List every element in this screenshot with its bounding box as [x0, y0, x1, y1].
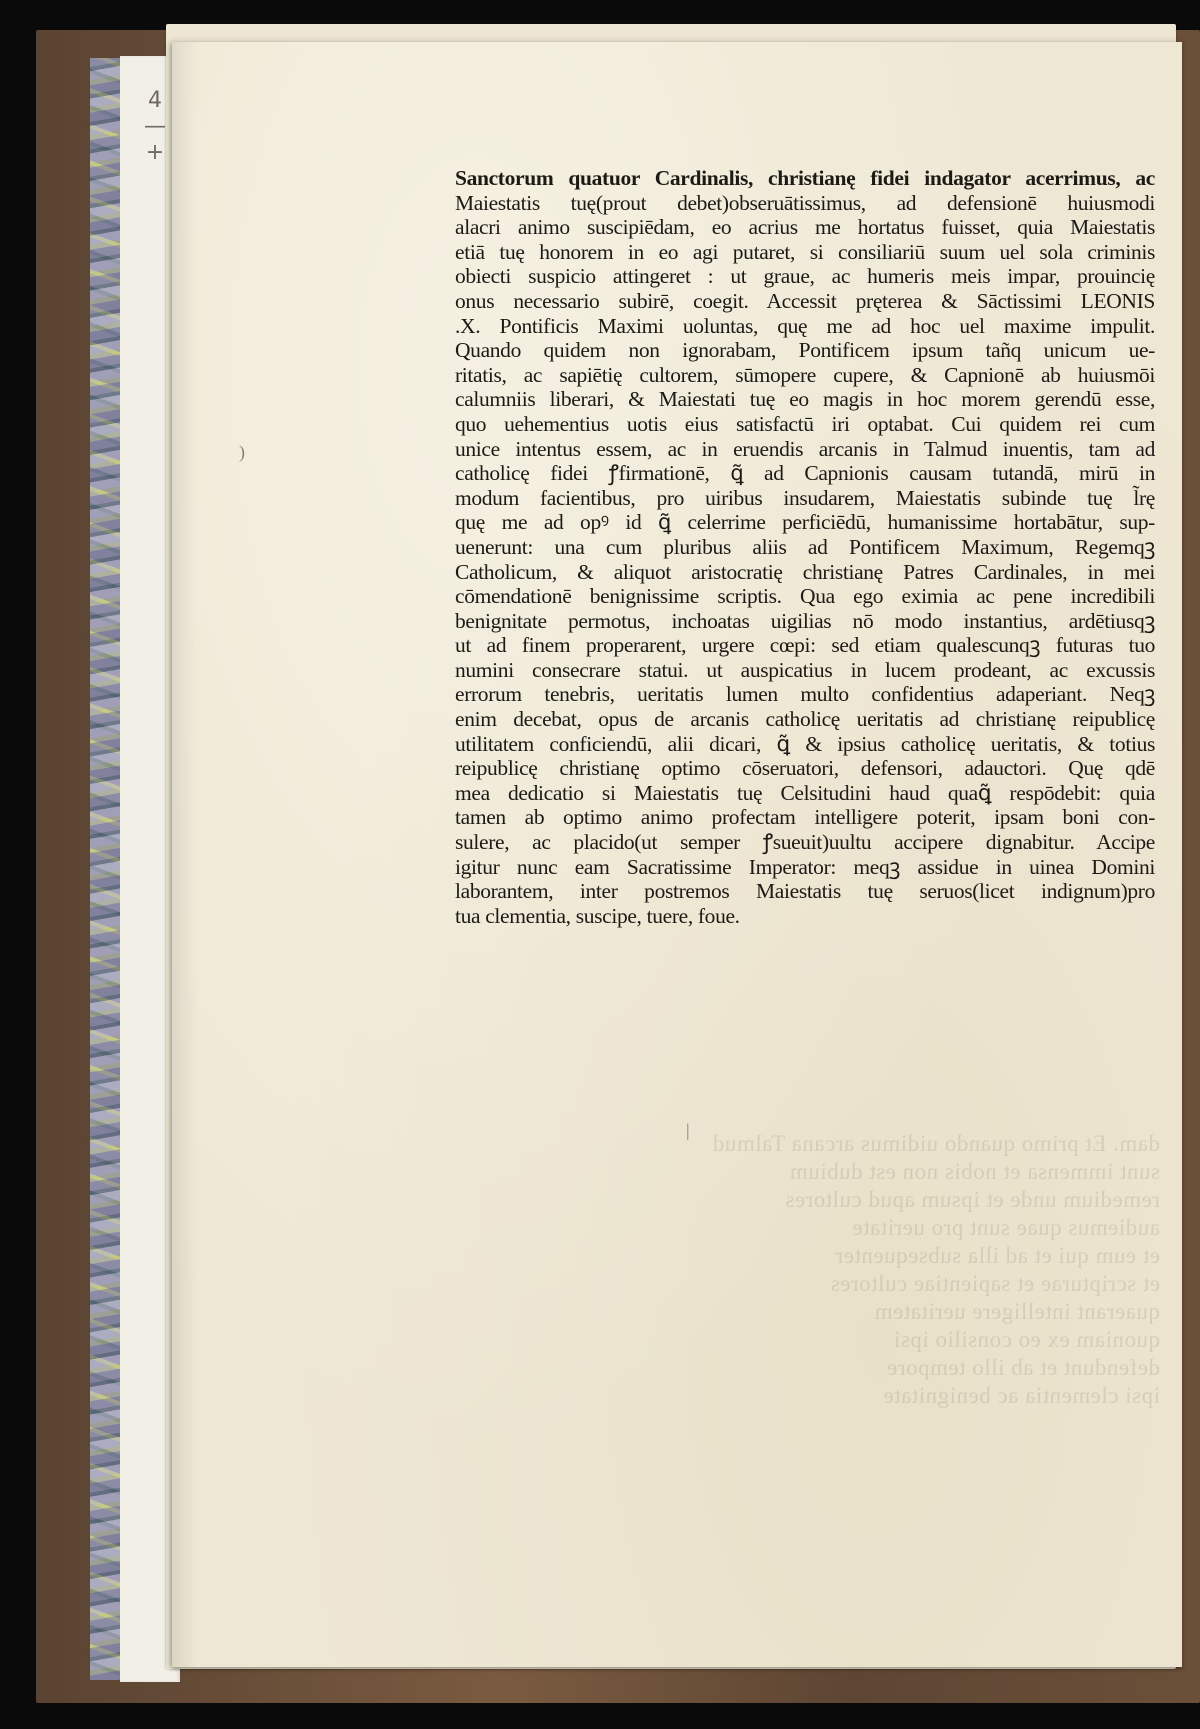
text-line: tamen ab optimo animo profectam intellig… [455, 805, 1155, 830]
showthrough-line: et scripturae et sapientiae cultores [440, 1270, 1160, 1298]
showthrough-line: ipsi clementia ac benignitate [440, 1382, 1160, 1410]
text-line: reipublicę christianę optimo cōseruatori… [455, 756, 1155, 781]
paper-mark: | [686, 1120, 690, 1141]
text-line: obiecti suspicio attingeret : ut graue, … [455, 264, 1155, 289]
text-line: modum facientibus, pro uiribus insudarem… [455, 486, 1155, 511]
text-line: Quando quidem non ignorabam, Pontificem … [455, 338, 1155, 363]
text-line: mea dedicatio si Maiestatis tuę Celsitud… [455, 781, 1155, 806]
text-line: benignitate permotus, inchoatas uigilias… [455, 609, 1155, 634]
showthrough-line: quoniam ex eo consilio ipsi [440, 1326, 1160, 1354]
text-line: alacri animo suscipiēdam, eo acrius me h… [455, 215, 1155, 240]
text-line: ut ad finem properarent, urgere cœpi: se… [455, 633, 1155, 658]
text-line: quę me ad opꝰ id ꝗ̃ celerrime perficiēdū… [455, 510, 1155, 535]
text-line: .X. Pontificis Maximi uoluntas, quę me a… [455, 314, 1155, 339]
text-line: errorum tenebris, ueritatis lumen multo … [455, 682, 1155, 707]
text-line: unice intentus essem, ac in eruendis arc… [455, 437, 1155, 462]
text-line: enim decebat, opus de arcanis catholicę … [455, 707, 1155, 732]
text-line: numini consecrare statui. ut auspicatius… [455, 658, 1155, 683]
text-line: Maiestatis tuę(prout debet)obseruātissim… [455, 191, 1155, 216]
showthrough-line: audiemus quae sunt pro ueritate [440, 1214, 1160, 1242]
showthrough-line: sunt immensa et nobis non est dubium [440, 1158, 1160, 1186]
showthrough-line: quaerant intelligere ueritatem [440, 1298, 1160, 1326]
text-line: igitur nunc eam Sacratissime Imperator: … [455, 855, 1155, 880]
text-line: Catholicum, & aliquot aristocratię chris… [455, 560, 1155, 585]
text-line: calumniis liberari, & Maiestati tuę eo m… [455, 387, 1155, 412]
text-line: catholicę fidei ꝭfirmationē, ꝗ̃ ad Capni… [455, 461, 1155, 486]
text-line: cōmendationē benignissime scriptis. Qua … [455, 584, 1155, 609]
text-line: etiā tuę honorem in eo agi putaret, si c… [455, 240, 1155, 265]
verso-show-through: dam. Et primo quando uidimus arcana Talm… [440, 1130, 1160, 1410]
text-line: utilitatem conficiendū, alii dicari, ꝗ̃ … [455, 732, 1155, 757]
text-line: tua clementia, suscipe, tuere, foue. [455, 904, 1155, 929]
text-line: ritatis, ac sapiētię cultorem, sūmopere … [455, 363, 1155, 388]
showthrough-line: remedium unde et ipsum apud cultores [440, 1186, 1160, 1214]
text-line: onus necessario subirē, coegit. Accessit… [455, 289, 1155, 314]
text-line: sulere, ac placido(ut semper ꝭsueuit)uul… [455, 830, 1155, 855]
paper-mark: ) [239, 442, 245, 463]
text-line: laborantem, inter postremos Maiestatis t… [455, 879, 1155, 904]
text-line: Sanctorum quatuor Cardinalis, christianę… [455, 166, 1155, 191]
showthrough-line: et eum qui et ad illa subsequenter [440, 1242, 1160, 1270]
showthrough-line: defendunt et ab illo tempore [440, 1354, 1160, 1382]
text-line: uenerunt: una cum pluribus aliis ad Pont… [455, 535, 1155, 560]
text-line: quo uehementius uotis eius satisfactū ir… [455, 412, 1155, 437]
page-text-block: Sanctorum quatuor Cardinalis, christianę… [455, 166, 1155, 928]
showthrough-line: dam. Et primo quando uidimus arcana Talm… [440, 1130, 1160, 1158]
